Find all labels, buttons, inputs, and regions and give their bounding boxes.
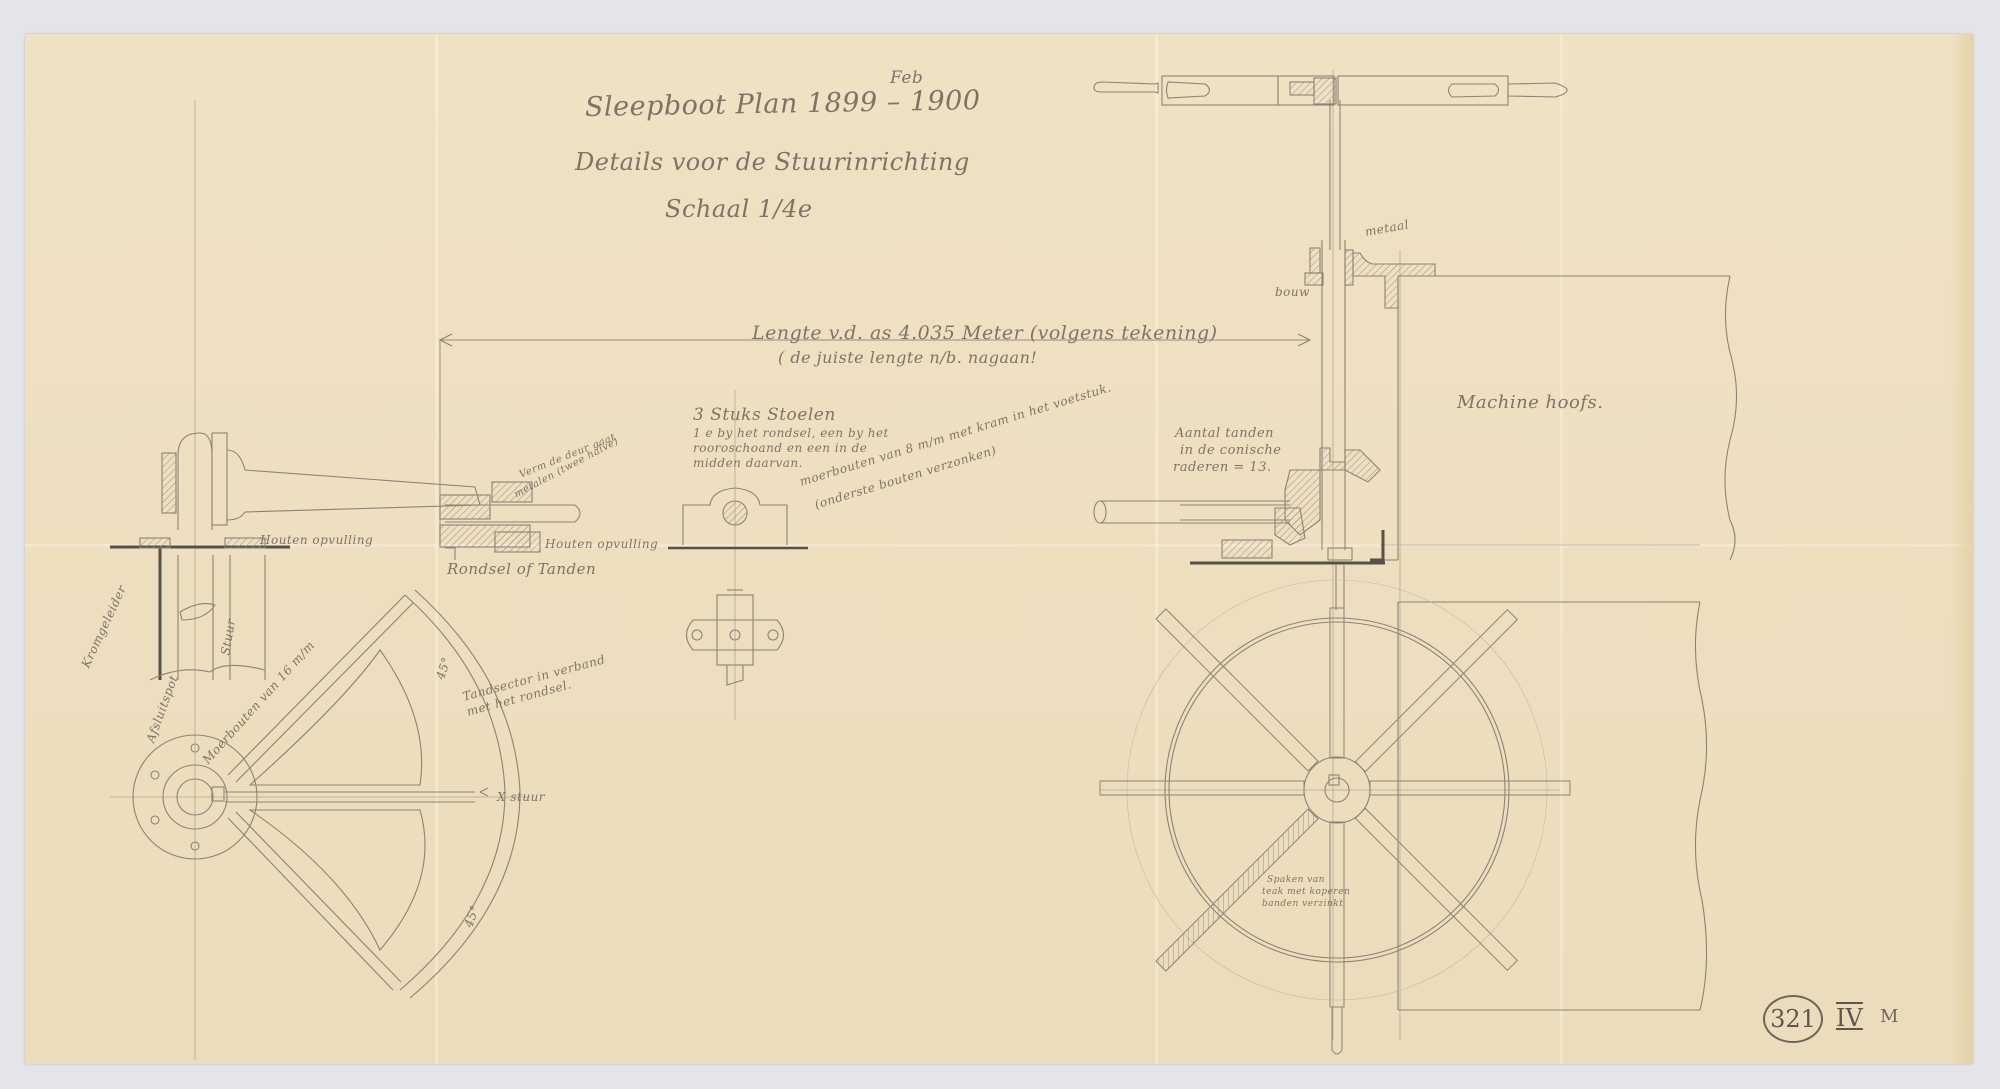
houten-left-label: Houten opvulling — [260, 533, 373, 547]
roman-numeral-mark: IV — [1836, 1004, 1863, 1032]
machine-house-outline — [1380, 276, 1737, 1010]
rondsel-label: Rondsel of Tanden — [447, 560, 596, 578]
tanden-note-2: in de conische — [1180, 443, 1281, 458]
pillow-block-drawing — [668, 488, 808, 685]
sheet-number-badge: 321 — [1763, 995, 1823, 1043]
archive-suffix: M — [1880, 1006, 1898, 1027]
wheel-note-2: teak met koperen — [1262, 887, 1350, 897]
machine-house-label: Machine hoofs. — [1457, 392, 1603, 413]
tanden-note-1: Aantal tanden — [1175, 426, 1274, 441]
stoelen-note-3: midden daarvan. — [693, 456, 803, 470]
quadrant-tiller-drawing — [133, 590, 520, 998]
construction-lines — [110, 70, 1700, 1060]
stoelen-note-2: rooroschoand en een in de — [693, 441, 867, 455]
tiller-side-view — [110, 433, 580, 680]
stoelen-title: 3 Stuks Stoelen — [693, 405, 836, 425]
axis-label: X stuur — [497, 790, 545, 804]
title-line-2: Details voor de Stuurinrichting — [575, 148, 970, 176]
dimension-note: ( de juiste lengte n/b. nagaan! — [778, 348, 1037, 367]
title-scale: Schaal 1/4e — [665, 195, 813, 223]
wheel-note-3: banden verzinkt — [1262, 899, 1343, 909]
stoelen-note-1: 1 e by het rondsel, een by het — [693, 426, 889, 440]
bouw-label: bouw — [1275, 285, 1310, 299]
dimension-label: Lengte v.d. as 4.035 Meter (volgens teke… — [752, 322, 1218, 344]
title-superscript: Feb — [890, 68, 923, 88]
houten-right-label: Houten opvulling — [545, 537, 658, 551]
tanden-note-3: raderen = 13. — [1173, 460, 1272, 475]
steering-wheel-drawing — [1100, 580, 1570, 1054]
wheel-note-1: Spaken van — [1267, 875, 1325, 885]
deck-bracket-drawing — [1305, 100, 1435, 550]
